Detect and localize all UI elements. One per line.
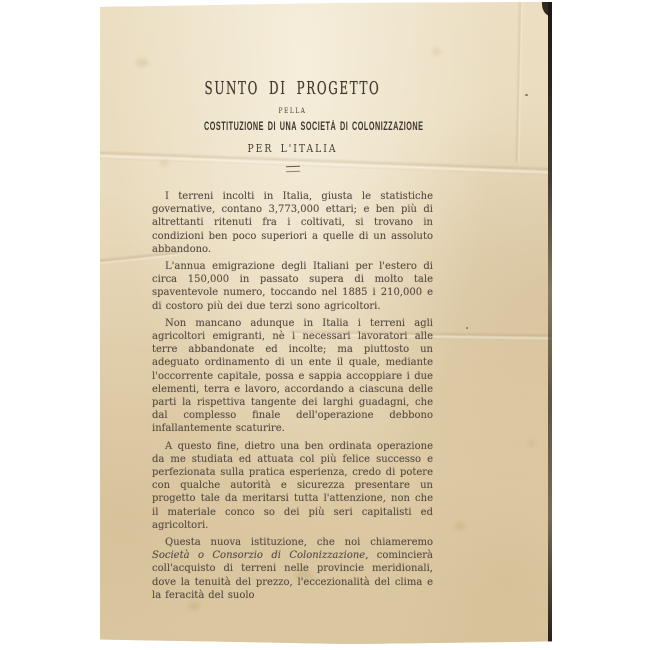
paragraph-4: A questo fine, dietro una ben ordinata o… [152, 440, 433, 532]
ink-speck [466, 327, 468, 329]
paragraph-1: I terreni incolti in Italia, giusta le s… [152, 190, 433, 256]
document-title: SUNTO DI PROGETTO [200, 78, 385, 99]
stain-spot [528, 440, 535, 446]
paper-sheet: SUNTO DI PROGETTO PELLA COSTITUZIONE DI … [100, 2, 552, 644]
paper-torn-right-edge [548, 2, 552, 644]
country-line: PER L'ITALIA [180, 141, 405, 155]
society-line: COSTITUZIONE DI UNA SOCIETÀ DI COLONIZZA… [204, 121, 381, 133]
italicized-society-name: Società o Consorzio di Colonizzazione [152, 550, 365, 561]
printed-content: SUNTO DI PROGETTO PELLA COSTITUZIONE DI … [152, 2, 433, 644]
stain-spot [432, 48, 441, 55]
stain-spot [455, 522, 465, 530]
paragraph-2: L'annua emigrazione degli Italiani per l… [152, 260, 433, 313]
body-text: I terreni incolti in Italia, giusta le s… [152, 190, 433, 606]
subtitle-pella: PELLA [180, 106, 405, 115]
paragraph-5-lead: Questa nuova istituzione, che noi chiame… [165, 537, 433, 548]
paper-edge-dark-corner [542, 2, 552, 16]
fold-crease-vertical [514, 2, 523, 162]
paragraph-3: Non mancano adunque in Italia i terreni … [152, 317, 433, 436]
stain-spot [136, 58, 148, 67]
paragraph-5: Questa nuova istituzione, che noi chiame… [152, 536, 433, 602]
scanned-document: SUNTO DI PROGETTO PELLA COSTITUZIONE DI … [0, 0, 650, 650]
title-divider [285, 166, 299, 172]
ink-speck [525, 94, 528, 96]
